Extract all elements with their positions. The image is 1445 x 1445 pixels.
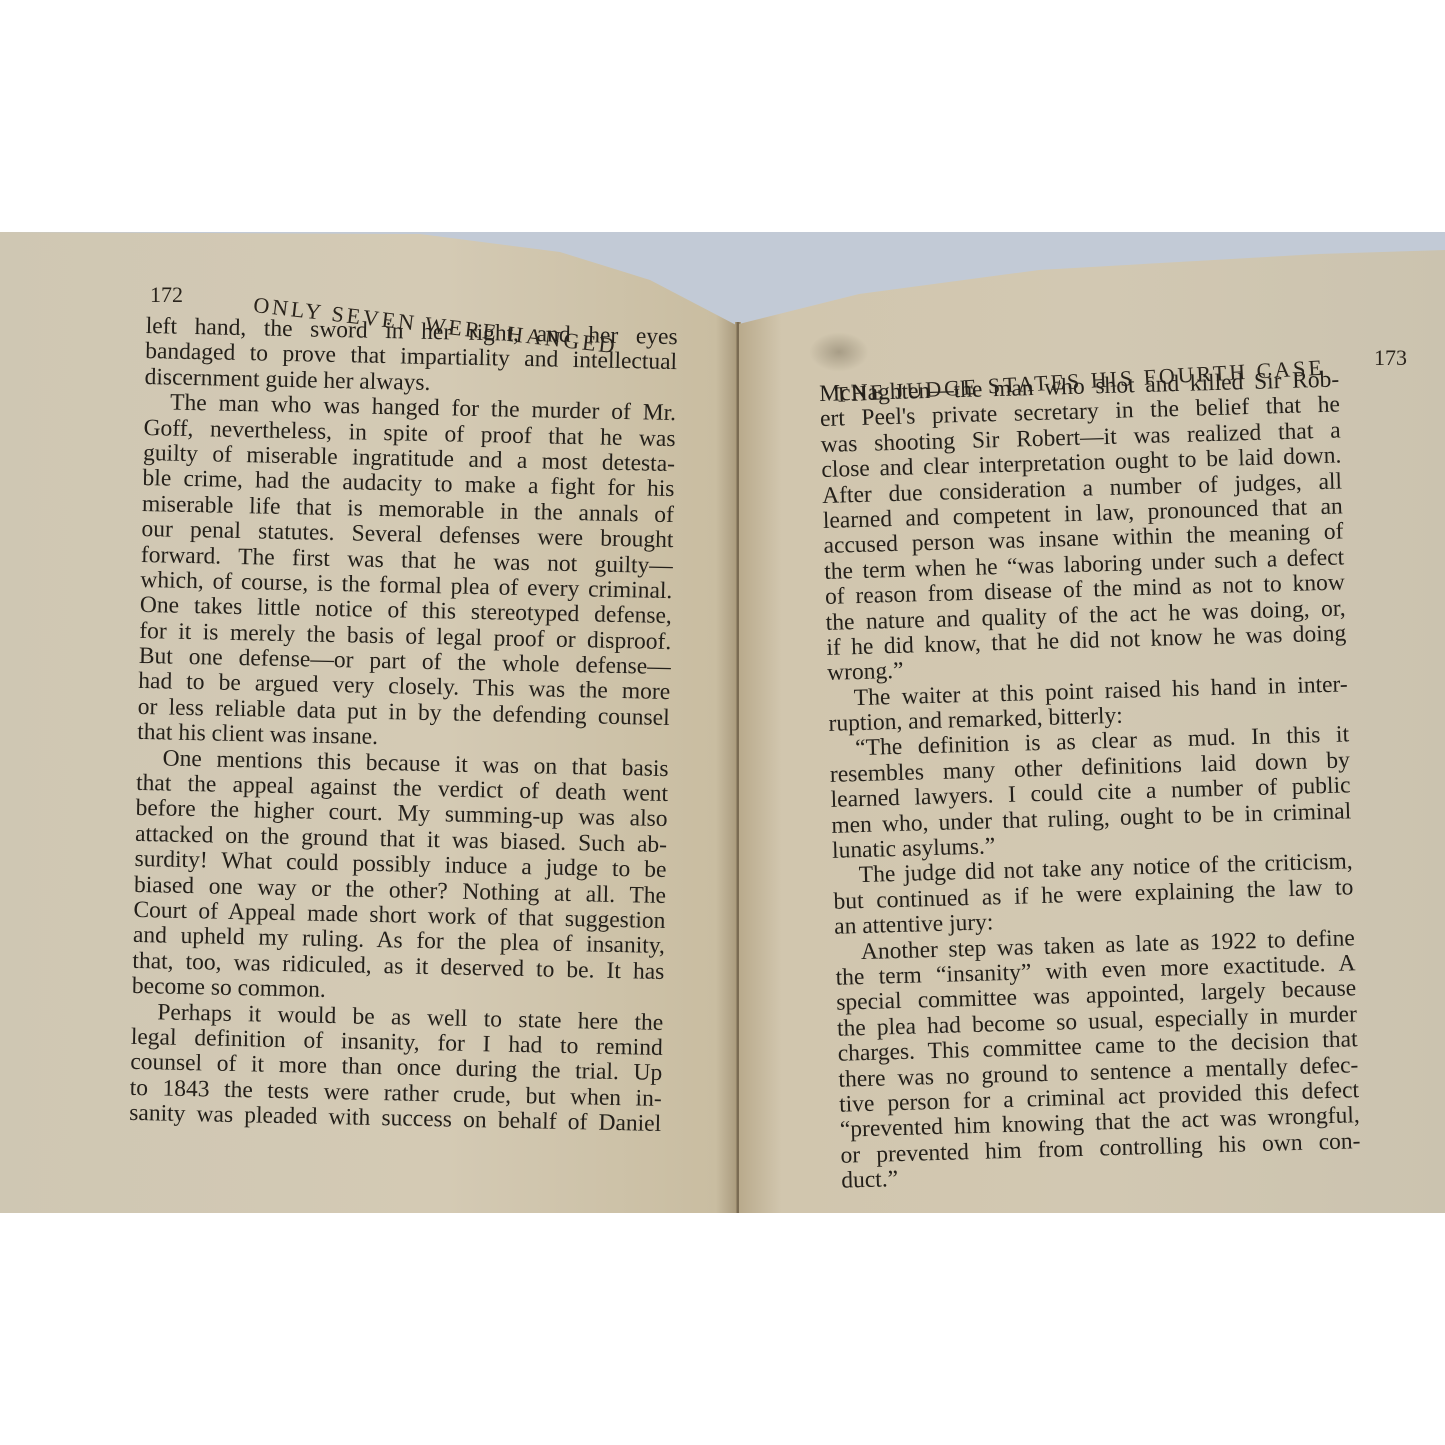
book-photo: 172 ONLY SEVEN WERE HANGED left hand, th…: [0, 232, 1445, 1213]
right-page-body: McNaghten—the man who shot and killed Si…: [819, 367, 1361, 1194]
left-page: 172 ONLY SEVEN WERE HANGED left hand, th…: [0, 232, 738, 1213]
page-smudge: [809, 332, 869, 372]
right-page: THE JUDGE STATES HIS FOURTH CASE 173 McN…: [739, 232, 1445, 1213]
right-page-number: 173: [1374, 345, 1407, 371]
left-page-number: 172: [150, 282, 183, 308]
left-page-body: left hand, the sword in her right, and h…: [129, 314, 678, 1137]
